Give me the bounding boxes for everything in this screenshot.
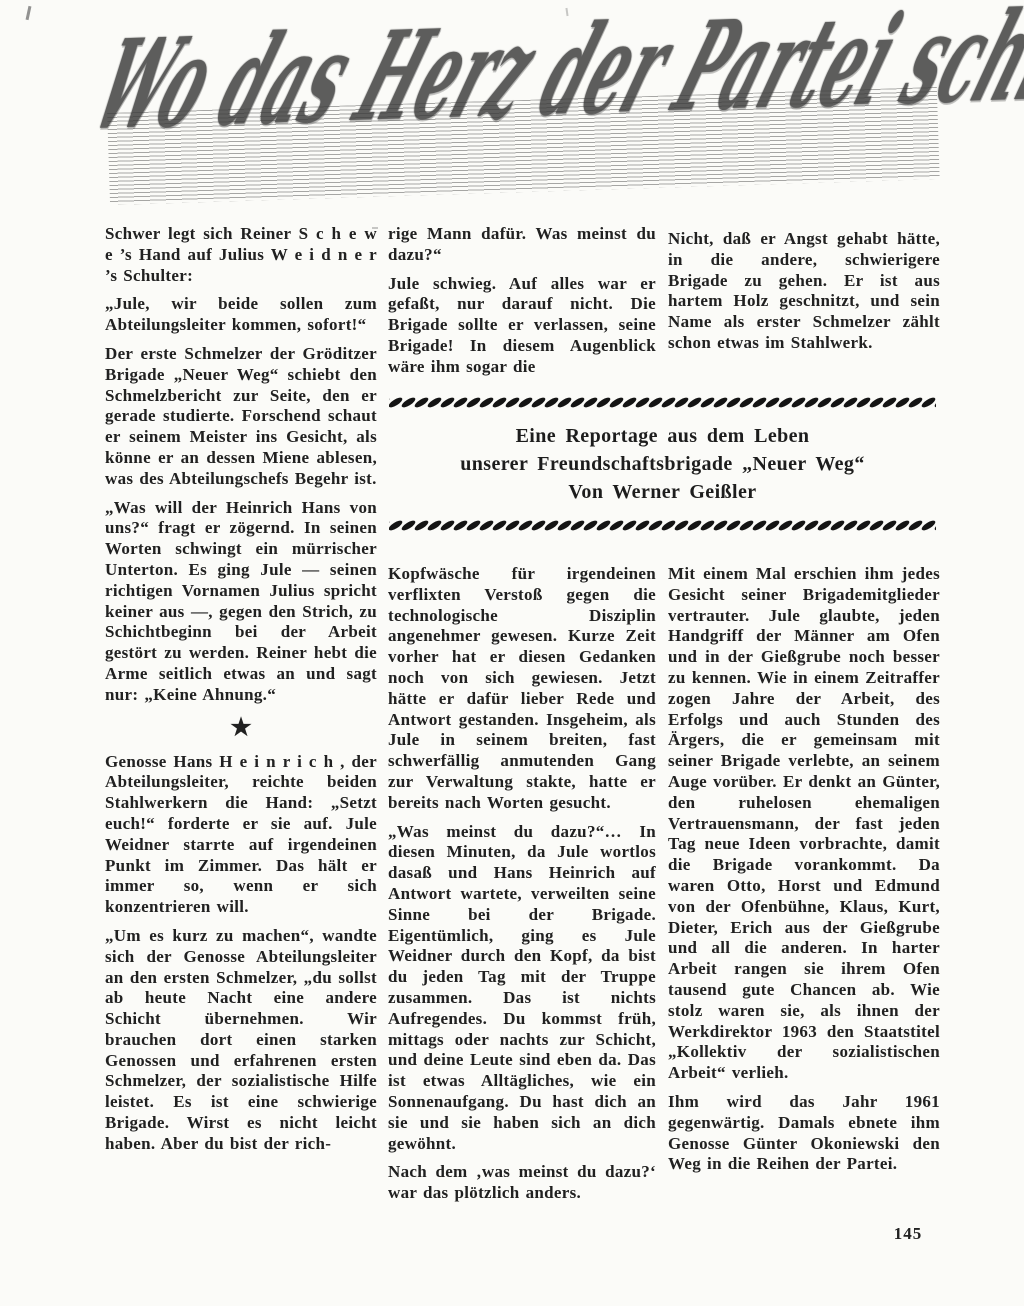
scanned-journal-page: Wo das Herz der Partei schlägt Schwer le… [0,0,1024,1306]
column-2-lower: Kopfwäsche für irgendeinen verflixten Ve… [388,564,656,1212]
rope-rule-top-icon [389,396,936,409]
feature-headline-line-1: Eine Reportage aus dem Leben [389,422,936,450]
star-divider-icon: ★ [105,715,377,741]
paragraph: „Um es kurz zu machen“, wandte sich der … [105,926,377,1155]
paragraph: „Was will der Heinrich Hans von uns?“ fr… [105,498,377,706]
paragraph: „Was meinst du dazu?“… In diesen Minuten… [388,822,656,1155]
masthead: Wo das Herz der Partei schlägt [106,39,941,225]
paragraph: Mit einem Mal erschien ihm jedes Gesicht… [668,564,940,1084]
column-1: Schwer legt sich Reiner S c h e w e ’s H… [105,224,377,1163]
paragraph: „Jule, wir beide sollen zum Abteilungsle… [105,294,377,336]
paragraph: Genosse Hans H e i n r i c h , der Abtei… [105,752,377,918]
rope-rule-bottom-icon [389,519,936,532]
column-3-lower: Mit einem Mal erschien ihm jedes Gesicht… [668,564,940,1175]
paragraph: Ihm wird das Jahr 1961 gegenwärtig. Dama… [668,1092,940,1175]
feature-headline-line-2: unserer Freundschaftsbrigade „Neuer Weg“ [389,450,936,478]
paragraph: rige Mann dafür. Was meinst du dazu?“ [388,224,656,266]
column-3-upper: Nicht, daß er Angst gehabt hätte, in die… [668,229,940,362]
paragraph: Schwer legt sich Reiner S c h e w e ’s H… [105,224,377,286]
paragraph: Jule schwieg. Auf alles war er gefaßt, n… [388,274,656,378]
feature-headline-box: Eine Reportage aus dem Leben unserer Fre… [389,396,936,532]
paragraph: Nicht, daß er Angst gehabt hätte, in die… [668,229,940,354]
page-number: 145 [878,1224,938,1244]
paragraph: Der erste Schmelzer der Gröditzer Brigad… [105,344,377,490]
column-2-upper: rige Mann dafür. Was meinst du dazu?“ Ju… [388,224,656,386]
feature-byline: Von Werner Geißler [389,478,936,506]
scan-speck [26,6,32,20]
paragraph: Nach dem ‚was meinst du dazu?‘ war das p… [388,1162,656,1204]
paragraph: Kopfwäsche für irgendeinen verflixten Ve… [388,564,656,814]
